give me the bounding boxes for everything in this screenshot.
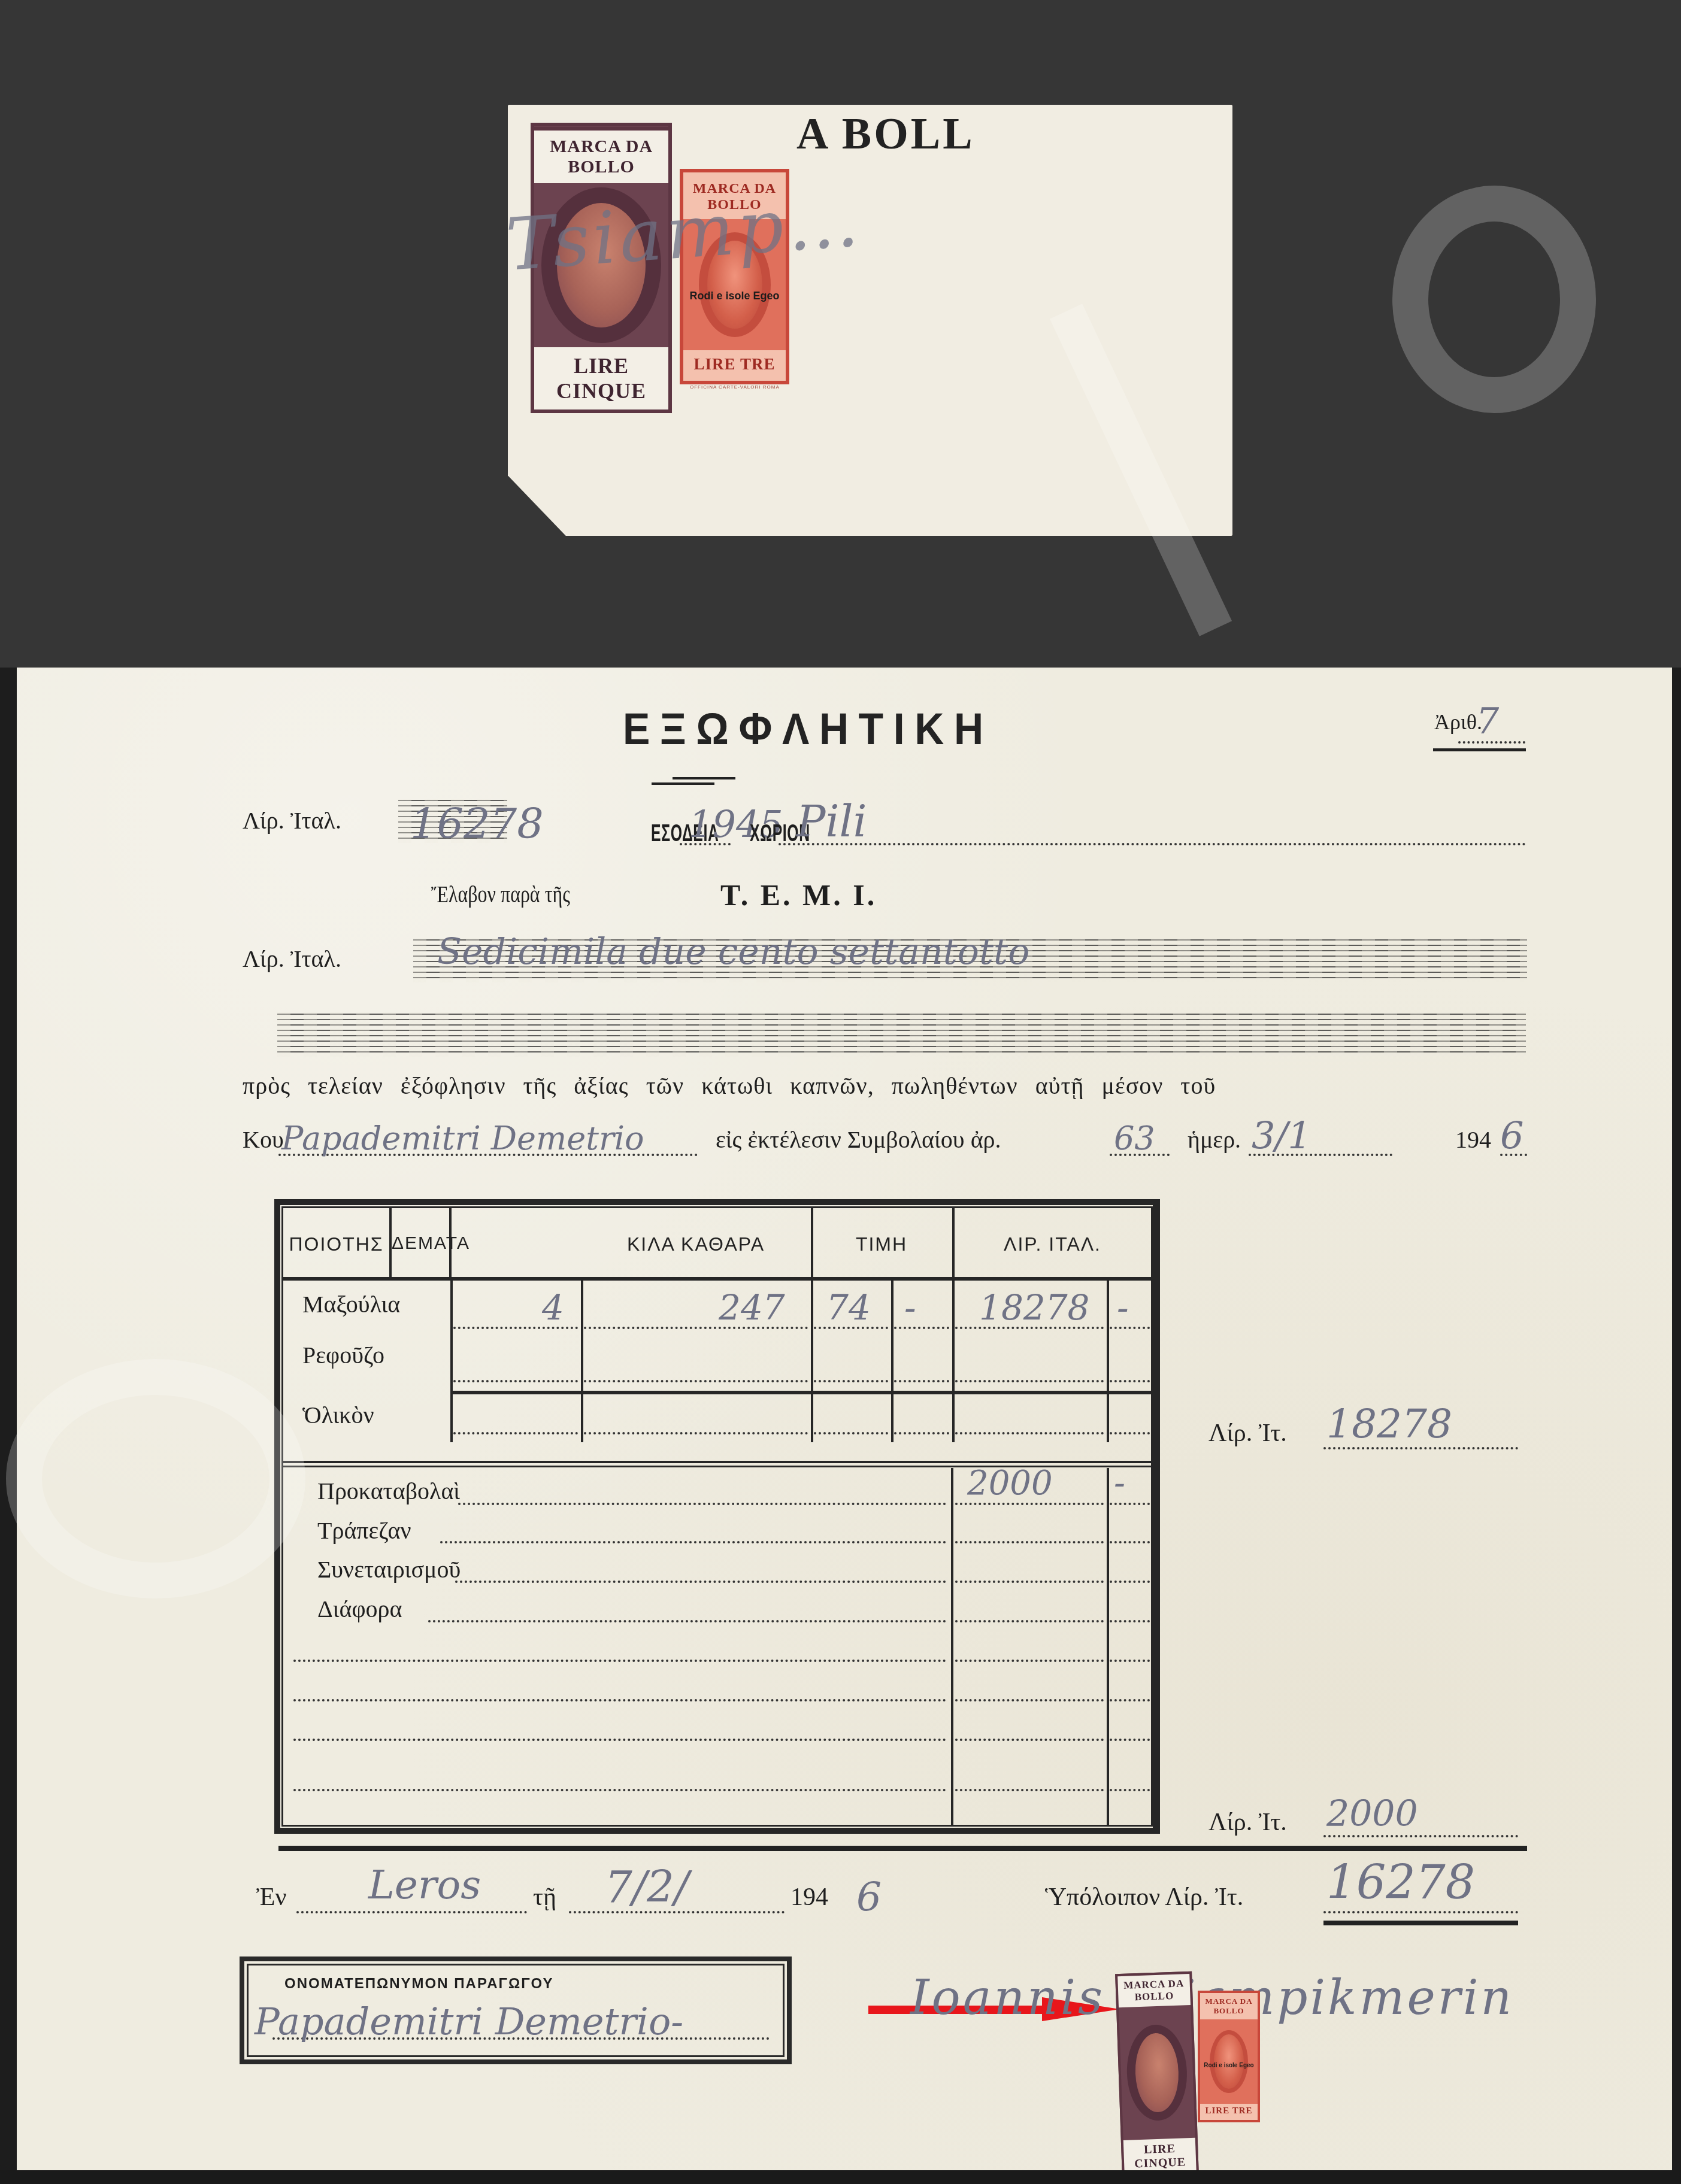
column-header-quality: ΠΟΙΟΤΗΣ xyxy=(283,1233,389,1255)
footer-year-prefix: 194 xyxy=(790,1883,828,1912)
cell-lire-dec: - xyxy=(1117,1287,1129,1328)
col-divider xyxy=(581,1281,583,1442)
subtotal-rule xyxy=(452,1391,1152,1394)
gross-total-line xyxy=(1323,1447,1518,1449)
cell-line xyxy=(584,1380,808,1382)
cell-line xyxy=(894,1380,949,1382)
stamp-top-label: MARCA DA BOLLO xyxy=(534,131,668,183)
cell-line xyxy=(440,1541,946,1543)
stamp-top-label: MARCA DA BOLLO xyxy=(1117,1974,1191,2007)
cell-kilos: 247 xyxy=(719,1287,785,1328)
cell-line xyxy=(293,1660,946,1662)
cell-line xyxy=(955,1739,1104,1741)
cell-price-dec: - xyxy=(904,1287,916,1328)
amount-words-label: Λίρ. Ἰταλ. xyxy=(243,945,341,973)
deduction-total-line xyxy=(1323,1835,1518,1837)
receipt-title: ΕΞΩΦΛΗΤΙΚΗ xyxy=(623,703,994,754)
deduction-total-label: Λίρ. Ἰτ. xyxy=(1208,1808,1287,1837)
cell-line xyxy=(955,1541,1104,1543)
footer-year-suffix: 6 xyxy=(856,1874,882,1920)
cell-price: 74 xyxy=(826,1287,871,1328)
cell-line xyxy=(453,1380,578,1382)
stamp-top-label: MARCA DA BOLLO xyxy=(1200,1993,1258,2019)
amount-words-value: Sedicimila due cento settantotto xyxy=(437,931,1029,973)
deduction-label-misc: Διάφορα xyxy=(317,1595,402,1623)
balance-label: Ὑπόλοιπον Λίρ. Ἰτ. xyxy=(1045,1883,1243,1912)
footer-rule xyxy=(278,1846,1527,1851)
village-line xyxy=(779,843,1526,845)
column-header-lire: ΛΙΡ. ΙΤΑΛ. xyxy=(952,1233,1153,1255)
producer-name: Papademitri Demetrio- xyxy=(255,2000,683,2043)
cell-line xyxy=(955,1432,1104,1434)
place-value: Leros xyxy=(368,1862,481,1908)
underlying-print-fragment: A BOLL xyxy=(796,109,975,160)
stamp-printer-mark: OFFICINA CARTE-VALORI ROMA xyxy=(690,384,780,390)
stamp-value-label: LIRE TRE xyxy=(1200,2104,1258,2120)
amount-value: 16278 xyxy=(410,799,544,848)
cell-line xyxy=(1110,1581,1150,1583)
bottom-stamp-lire-tre: MARCA DA BOLLO Rodi e isole Egeo LIRE TR… xyxy=(1198,1991,1260,2122)
cell-line xyxy=(458,1503,946,1505)
stamp-portrait xyxy=(1119,2005,1195,2140)
stamp-overprint: Rodi e isole Egeo xyxy=(1200,2062,1258,2069)
cell-line xyxy=(1110,1699,1150,1701)
stamp-value-label: LIRE CINQUE xyxy=(1123,2138,1197,2175)
cell-line xyxy=(894,1327,949,1329)
deduction-total-value: 2000 xyxy=(1326,1793,1418,1835)
row-label-maxoulia: Μαξούλια xyxy=(302,1290,400,1318)
received-from-label: Ἔλαβον παρὰ τῆς xyxy=(431,880,570,908)
body-text: πρὸς τελείαν ἐξόφλησιν τῆς ἀξίας τῶν κάτ… xyxy=(243,1072,1216,1100)
cell-line xyxy=(293,1699,946,1701)
background-edge-bottom xyxy=(0,2170,1681,2184)
balance-underline xyxy=(1323,1921,1518,1925)
year-suffix: 6 xyxy=(1500,1114,1523,1157)
cell-line xyxy=(1110,1380,1150,1382)
cell-line xyxy=(955,1581,1104,1583)
king-portrait-icon xyxy=(1210,2030,1248,2093)
contract-text: εἰς ἐκτέλεσιν Συμβολαίου ἀρ. xyxy=(716,1126,1001,1154)
deduction-value-advances: 2000 xyxy=(967,1464,1053,1503)
cell-line xyxy=(293,1789,946,1791)
col-divider xyxy=(891,1281,893,1442)
balance-line xyxy=(1323,1911,1518,1913)
gross-total-value: 18278 xyxy=(1326,1401,1452,1447)
on-label: τῇ xyxy=(533,1883,556,1912)
title-underline xyxy=(673,777,735,779)
col-divider xyxy=(1107,1281,1109,1442)
cell-line xyxy=(584,1432,808,1434)
cell-line xyxy=(955,1699,1104,1701)
deduction-dec-advances: - xyxy=(1114,1464,1125,1503)
date-value: 3/1 xyxy=(1252,1114,1312,1157)
cell-line xyxy=(1110,1541,1150,1543)
cell-line xyxy=(428,1620,946,1622)
contract-number: 63 xyxy=(1114,1120,1155,1157)
king-portrait-icon xyxy=(1125,2024,1189,2121)
footer-date-value: 7/2/ xyxy=(605,1862,689,1912)
amount-label: Λίρ. Ἰταλ. xyxy=(243,806,341,835)
cell-line xyxy=(955,1380,1104,1382)
balance-value: 16278 xyxy=(1326,1856,1475,1910)
producer-box-title: ΟΝΟΜΑΤΕΠΩΝΥΜΟΝ ΠΑΡΑΓΩΓΟΥ xyxy=(284,1976,554,1992)
received-from-value: T. E. M. I. xyxy=(720,878,877,912)
col-divider xyxy=(951,1468,953,1826)
cell-line xyxy=(814,1380,888,1382)
cell-line xyxy=(453,1432,578,1434)
deduction-label-bank: Τράπεζαν xyxy=(317,1516,411,1545)
cell-line xyxy=(1110,1739,1150,1741)
cell-line xyxy=(955,1503,1104,1505)
number-label: Ἀριθ. xyxy=(1434,709,1482,735)
cell-line xyxy=(455,1581,946,1583)
col-divider xyxy=(952,1281,955,1442)
col-divider xyxy=(450,1281,453,1442)
cell-line xyxy=(293,1739,946,1741)
number-underline xyxy=(1433,748,1526,751)
date-label: ἡμερ. xyxy=(1188,1126,1241,1154)
gross-total-label: Λίρ. Ἰτ. xyxy=(1208,1419,1287,1448)
number-line xyxy=(1458,741,1525,744)
cell-bundles: 4 xyxy=(542,1287,564,1328)
deduction-label-advances: Προκαταβολαὶ xyxy=(317,1477,460,1505)
blank-security-pattern xyxy=(277,1012,1526,1057)
cell-line xyxy=(814,1432,888,1434)
place-label: Ἐν xyxy=(256,1883,286,1912)
cell-line xyxy=(1110,1789,1150,1791)
cell-line xyxy=(955,1620,1104,1622)
deduction-label-cooperative: Συνεταιρισμοῦ xyxy=(317,1555,461,1584)
column-header-bundles: ΔΕΜΑΤΑ xyxy=(392,1233,449,1254)
col-divider xyxy=(811,1281,813,1442)
stamp-value-label: LIRE CINQUE xyxy=(534,347,668,409)
stamp-overprint: Rodi e isole Egeo xyxy=(683,290,786,302)
mr-value: Papademitri Demetrio xyxy=(281,1120,644,1157)
cell-lire: 18278 xyxy=(979,1287,1090,1328)
cell-line xyxy=(1110,1503,1150,1505)
cell-line xyxy=(1110,1432,1150,1434)
cell-line xyxy=(955,1789,1104,1791)
number-value: 7 xyxy=(1476,700,1499,742)
column-header-net-kilos: ΚΙΛΑ ΚΑΘΑΡΑ xyxy=(581,1233,811,1255)
header-rule xyxy=(281,1277,1153,1281)
cell-line xyxy=(894,1432,949,1434)
stamp-value-label: LIRE TRE xyxy=(683,350,786,381)
mr-label: Κου xyxy=(243,1126,284,1154)
cell-line xyxy=(955,1660,1104,1662)
bottom-stamp-lire-cinque: MARCA DA BOLLO LIRE CINQUE xyxy=(1115,1971,1199,2177)
stamp-portrait: Rodi e isole Egeo xyxy=(1200,2019,1258,2104)
cell-line xyxy=(1110,1660,1150,1662)
column-header-price: ΤΙΜΗ xyxy=(811,1233,952,1255)
cell-line xyxy=(1110,1620,1150,1622)
place-line xyxy=(296,1911,527,1913)
year-prefix: 194 xyxy=(1455,1126,1491,1154)
col-divider xyxy=(1107,1468,1109,1826)
cell-line xyxy=(1110,1327,1150,1329)
section-rule xyxy=(281,1461,1153,1463)
title-underline-2 xyxy=(652,782,714,785)
row-label-refouzo: Ρεφοῦζο xyxy=(302,1341,384,1369)
row-label-total: Ὁλικὸν xyxy=(302,1401,374,1429)
village-value: Pili xyxy=(796,796,867,847)
